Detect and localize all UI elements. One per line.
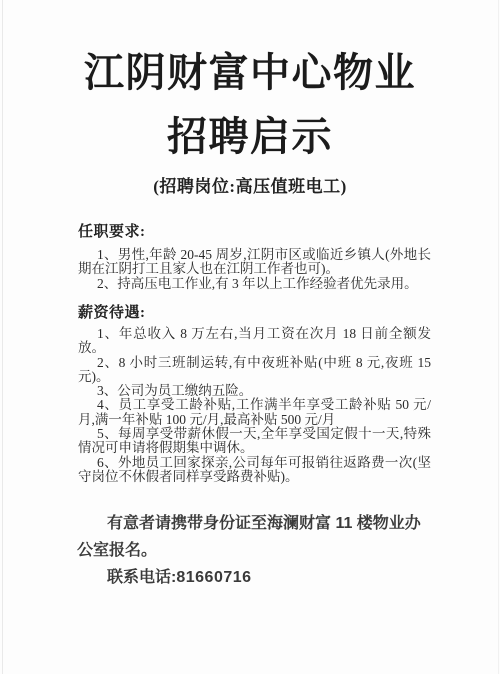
contact-line: 联系电话:81660716	[77, 564, 435, 591]
contact-label: 联系电话:	[107, 569, 176, 586]
section-heading-requirements: 任职要求:	[78, 220, 146, 241]
page-left-edge	[2, 0, 3, 674]
page-right-edge	[498, 0, 499, 674]
application-instructions: 有意者请携带身份证至海澜财富 11 楼物业办公室报名。	[77, 510, 435, 564]
notice-subtitle-position: (招聘岗位:高压值班电工)	[0, 172, 500, 197]
salary-item-2: 2、8 小时三班制运转,有中夜班补贴(中班 8 元,夜班 15 元)。	[78, 356, 431, 385]
contact-phone: 81660716	[176, 569, 251, 586]
salary-item-6: 6、外地员工回家探亲,公司每年可报销往返路费一次(坚守岗位不休假者同样享受路费补…	[78, 456, 431, 485]
notice-footer: 有意者请携带身份证至海澜财富 11 楼物业办公室报名。 联系电话:8166071…	[77, 510, 435, 591]
notice-title-line1: 江阴财富中心物业	[0, 53, 500, 93]
salary-item-5: 5、每周享受带薪休假一天,全年享受国定假十一天,特殊情况可申请将假期集中调休。	[78, 427, 431, 456]
requirements-section: 1、男性,年龄 20-45 周岁,江阴市区或临近乡镇人(外地长期在江阴打工且家人…	[78, 248, 431, 291]
salary-item-4: 4、员工享受工龄补贴,工作满半年享受工龄补贴 50 元/月,满一年补贴 100 …	[78, 398, 431, 427]
salary-section: 1、年总收入 8 万左右,当月工资在次月 18 日前全额发放。 2、8 小时三班…	[78, 327, 431, 484]
recruitment-notice-page: 江阴财富中心物业 招聘启示 (招聘岗位:高压值班电工) 任职要求: 1、男性,年…	[0, 0, 500, 674]
notice-title-line2: 招聘启示	[0, 117, 500, 157]
requirement-item-2: 2、持高压电工作业,有 3 年以上工作经验者优先录用。	[78, 277, 431, 291]
section-heading-salary: 薪资待遇:	[78, 301, 146, 322]
requirement-item-1: 1、男性,年龄 20-45 周岁,江阴市区或临近乡镇人(外地长期在江阴打工且家人…	[78, 248, 431, 277]
salary-item-1: 1、年总收入 8 万左右,当月工资在次月 18 日前全额发放。	[78, 327, 431, 356]
